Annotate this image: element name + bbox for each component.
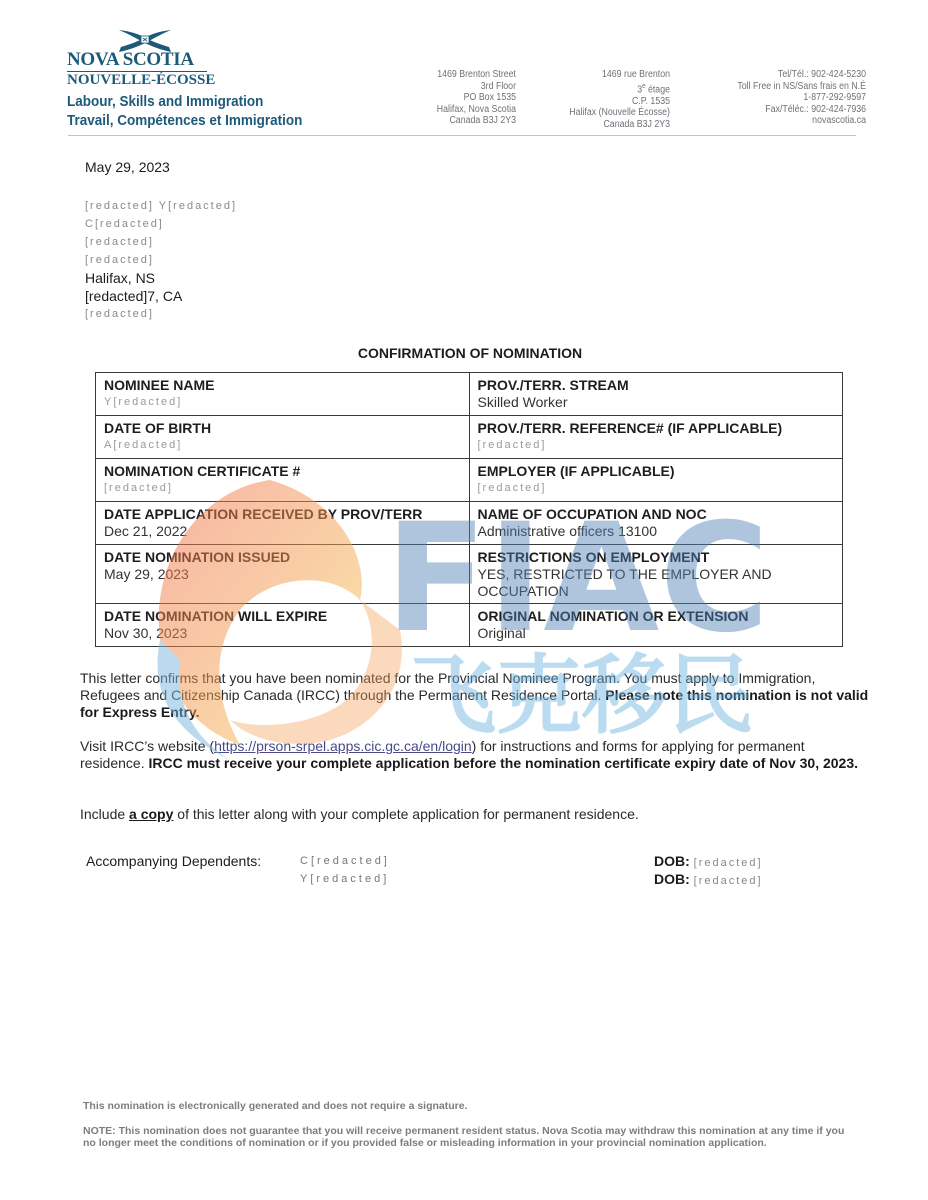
address-line: 3rd Floor	[417, 81, 516, 93]
ircc-portal-link[interactable]: https://prson-srpel.apps.cic.gc.ca/en/lo…	[214, 738, 472, 754]
occupation-cell: NAME OF OCCUPATION AND NOC Administrativ…	[469, 502, 843, 545]
dependent-name: Y[redacted]	[300, 873, 389, 885]
cell-value: Administrative officers 13100	[478, 523, 835, 540]
deadline-notice: IRCC must receive your complete applicat…	[148, 755, 858, 771]
fax-number: Fax/Téléc.: 902-424-7936	[711, 104, 866, 116]
address-english: 1469 Brenton Street 3rd Floor PO Box 153…	[417, 69, 516, 127]
stream-cell: PROV./TERR. STREAM Skilled Worker	[469, 373, 843, 416]
nomination-type-cell: ORIGINAL NOMINATION OR EXTENSION Origina…	[469, 604, 843, 647]
department-name: Labour, Skills and Immigration Travail, …	[67, 93, 302, 131]
address-line: Canada B3J 2Y3	[417, 115, 516, 127]
recipient-line-redacted: [redacted]	[85, 251, 237, 269]
include-copy-paragraph: Include a copy of this letter along with…	[80, 806, 870, 823]
table-row: DATE OF BIRTH A[redacted] PROV./TERR. RE…	[96, 416, 843, 459]
cell-value: A[redacted]	[104, 437, 461, 454]
cell-value: YES, RESTRICTED TO THE EMPLOYER AND OCCU…	[478, 566, 835, 600]
table-row: DATE APPLICATION RECEIVED BY PROV/TERR D…	[96, 502, 843, 545]
letter-date: May 29, 2023	[85, 159, 170, 175]
cell-label: DATE NOMINATION WILL EXPIRE	[104, 608, 461, 625]
recipient-line-redacted: [redacted]	[85, 305, 237, 323]
recipient-line-redacted: [redacted] Y[redacted]	[85, 197, 237, 215]
disclaimer-note: NOTE: This nomination does not guarantee…	[83, 1126, 858, 1150]
emphasis-a-copy: a copy	[129, 806, 173, 822]
cell-value: Dec 21, 2022	[104, 523, 461, 540]
reference-number-cell: PROV./TERR. REFERENCE# (IF APPLICABLE) […	[469, 416, 843, 459]
cell-value: Original	[478, 625, 835, 642]
cell-label: PROV./TERR. REFERENCE# (IF APPLICABLE)	[478, 420, 835, 437]
cell-value: [redacted]	[104, 480, 461, 497]
table-row: NOMINEE NAME Y[redacted] PROV./TERR. STR…	[96, 373, 843, 416]
cell-label: DATE OF BIRTH	[104, 420, 461, 437]
cell-value: [redacted]	[478, 480, 835, 497]
contact-info: Tel/Tél.: 902-424-5230 Toll Free in NS/S…	[711, 69, 866, 127]
header-divider	[68, 135, 856, 136]
recipient-line-redacted: C[redacted]	[85, 215, 237, 233]
toll-free-number: 1-877-292-9597	[711, 92, 866, 104]
date-of-birth-cell: DATE OF BIRTH A[redacted]	[96, 416, 470, 459]
signature-note: This nomination is electronically genera…	[83, 1100, 468, 1112]
paragraph-text: Include	[80, 806, 129, 822]
toll-free-label: Toll Free in NS/Sans frais en N.É	[711, 81, 866, 93]
nominee-name-cell: NOMINEE NAME Y[redacted]	[96, 373, 470, 416]
dob-label: DOB:	[654, 871, 690, 887]
department-fr: Travail, Compétences et Immigration	[67, 112, 302, 131]
date-issued-cell: DATE NOMINATION ISSUED May 29, 2023	[96, 545, 470, 604]
address-line: PO Box 1535	[417, 92, 516, 104]
certificate-number-cell: NOMINATION CERTIFICATE # [redacted]	[96, 459, 470, 502]
nomination-table: NOMINEE NAME Y[redacted] PROV./TERR. STR…	[95, 372, 843, 647]
recipient-city: Halifax, NS	[85, 269, 237, 287]
date-received-cell: DATE APPLICATION RECEIVED BY PROV/TERR D…	[96, 502, 470, 545]
recipient-line-redacted: [redacted]	[85, 233, 237, 251]
cell-value: Skilled Worker	[478, 394, 835, 411]
table-row: DATE NOMINATION WILL EXPIRE Nov 30, 2023…	[96, 604, 843, 647]
address-line: 1469 rue Brenton	[556, 69, 670, 81]
address-french: 1469 rue Brenton 3e étage C.P. 1535 Hali…	[556, 69, 670, 130]
recipient-address: [redacted] Y[redacted] C[redacted] [reda…	[85, 197, 237, 323]
confirmation-paragraph: This letter confirms that you have been …	[80, 670, 870, 721]
cell-label: RESTRICTIONS ON EMPLOYMENT	[478, 549, 835, 566]
cell-label: NOMINEE NAME	[104, 377, 461, 394]
logo-wordmark-fr: NOUVELLE-ÉCOSSE	[67, 72, 215, 89]
cell-label: DATE NOMINATION ISSUED	[104, 549, 461, 566]
paragraph-text: Visit IRCC’s website (	[80, 738, 214, 754]
department-en: Labour, Skills and Immigration	[67, 93, 302, 112]
table-row: NOMINATION CERTIFICATE # [redacted] EMPL…	[96, 459, 843, 502]
cell-label: PROV./TERR. STREAM	[478, 377, 835, 394]
cell-value: Y[redacted]	[104, 394, 461, 411]
cell-label: DATE APPLICATION RECEIVED BY PROV/TERR	[104, 506, 461, 523]
dob-label: DOB:	[654, 853, 690, 869]
website-link[interactable]: novascotia.ca	[711, 115, 866, 127]
address-line: 1469 Brenton Street	[417, 69, 516, 81]
document-title: CONFIRMATION OF NOMINATION	[0, 345, 928, 361]
dependents-label: Accompanying Dependents:	[86, 853, 261, 869]
address-line: Halifax, Nova Scotia	[417, 104, 516, 116]
cell-label: NOMINATION CERTIFICATE #	[104, 463, 461, 480]
dob-value: [redacted]	[694, 857, 763, 869]
paragraph-text: of this letter along with your complete …	[173, 806, 638, 822]
cell-value: Nov 30, 2023	[104, 625, 461, 642]
expiry-date-cell: DATE NOMINATION WILL EXPIRE Nov 30, 2023	[96, 604, 470, 647]
dob-value: [redacted]	[694, 875, 763, 887]
address-line: Halifax (Nouvelle Écosse)	[556, 107, 670, 119]
dependent-name: C[redacted]	[300, 855, 390, 867]
cell-value: [redacted]	[478, 437, 835, 454]
ircc-instructions-paragraph: Visit IRCC’s website (https://prson-srpe…	[80, 738, 870, 772]
cell-value: May 29, 2023	[104, 566, 461, 583]
dependent-dob: DOB: [redacted]	[654, 853, 763, 869]
cell-label: EMPLOYER (IF APPLICABLE)	[478, 463, 835, 480]
dependent-dob: DOB: [redacted]	[654, 871, 763, 887]
table-row: DATE NOMINATION ISSUED May 29, 2023 REST…	[96, 545, 843, 604]
address-line: C.P. 1535	[556, 96, 670, 108]
restrictions-cell: RESTRICTIONS ON EMPLOYMENT YES, RESTRICT…	[469, 545, 843, 604]
logo-wordmark: NOVA SCOTIA	[67, 49, 194, 71]
phone-number: Tel/Tél.: 902-424-5230	[711, 69, 866, 81]
employer-cell: EMPLOYER (IF APPLICABLE) [redacted]	[469, 459, 843, 502]
cell-label: ORIGINAL NOMINATION OR EXTENSION	[478, 608, 835, 625]
recipient-postal: [redacted]7, CA	[85, 287, 237, 305]
address-line: Canada B3J 2Y3	[556, 119, 670, 131]
cell-label: NAME OF OCCUPATION AND NOC	[478, 506, 835, 523]
address-line: 3e étage	[556, 81, 670, 96]
